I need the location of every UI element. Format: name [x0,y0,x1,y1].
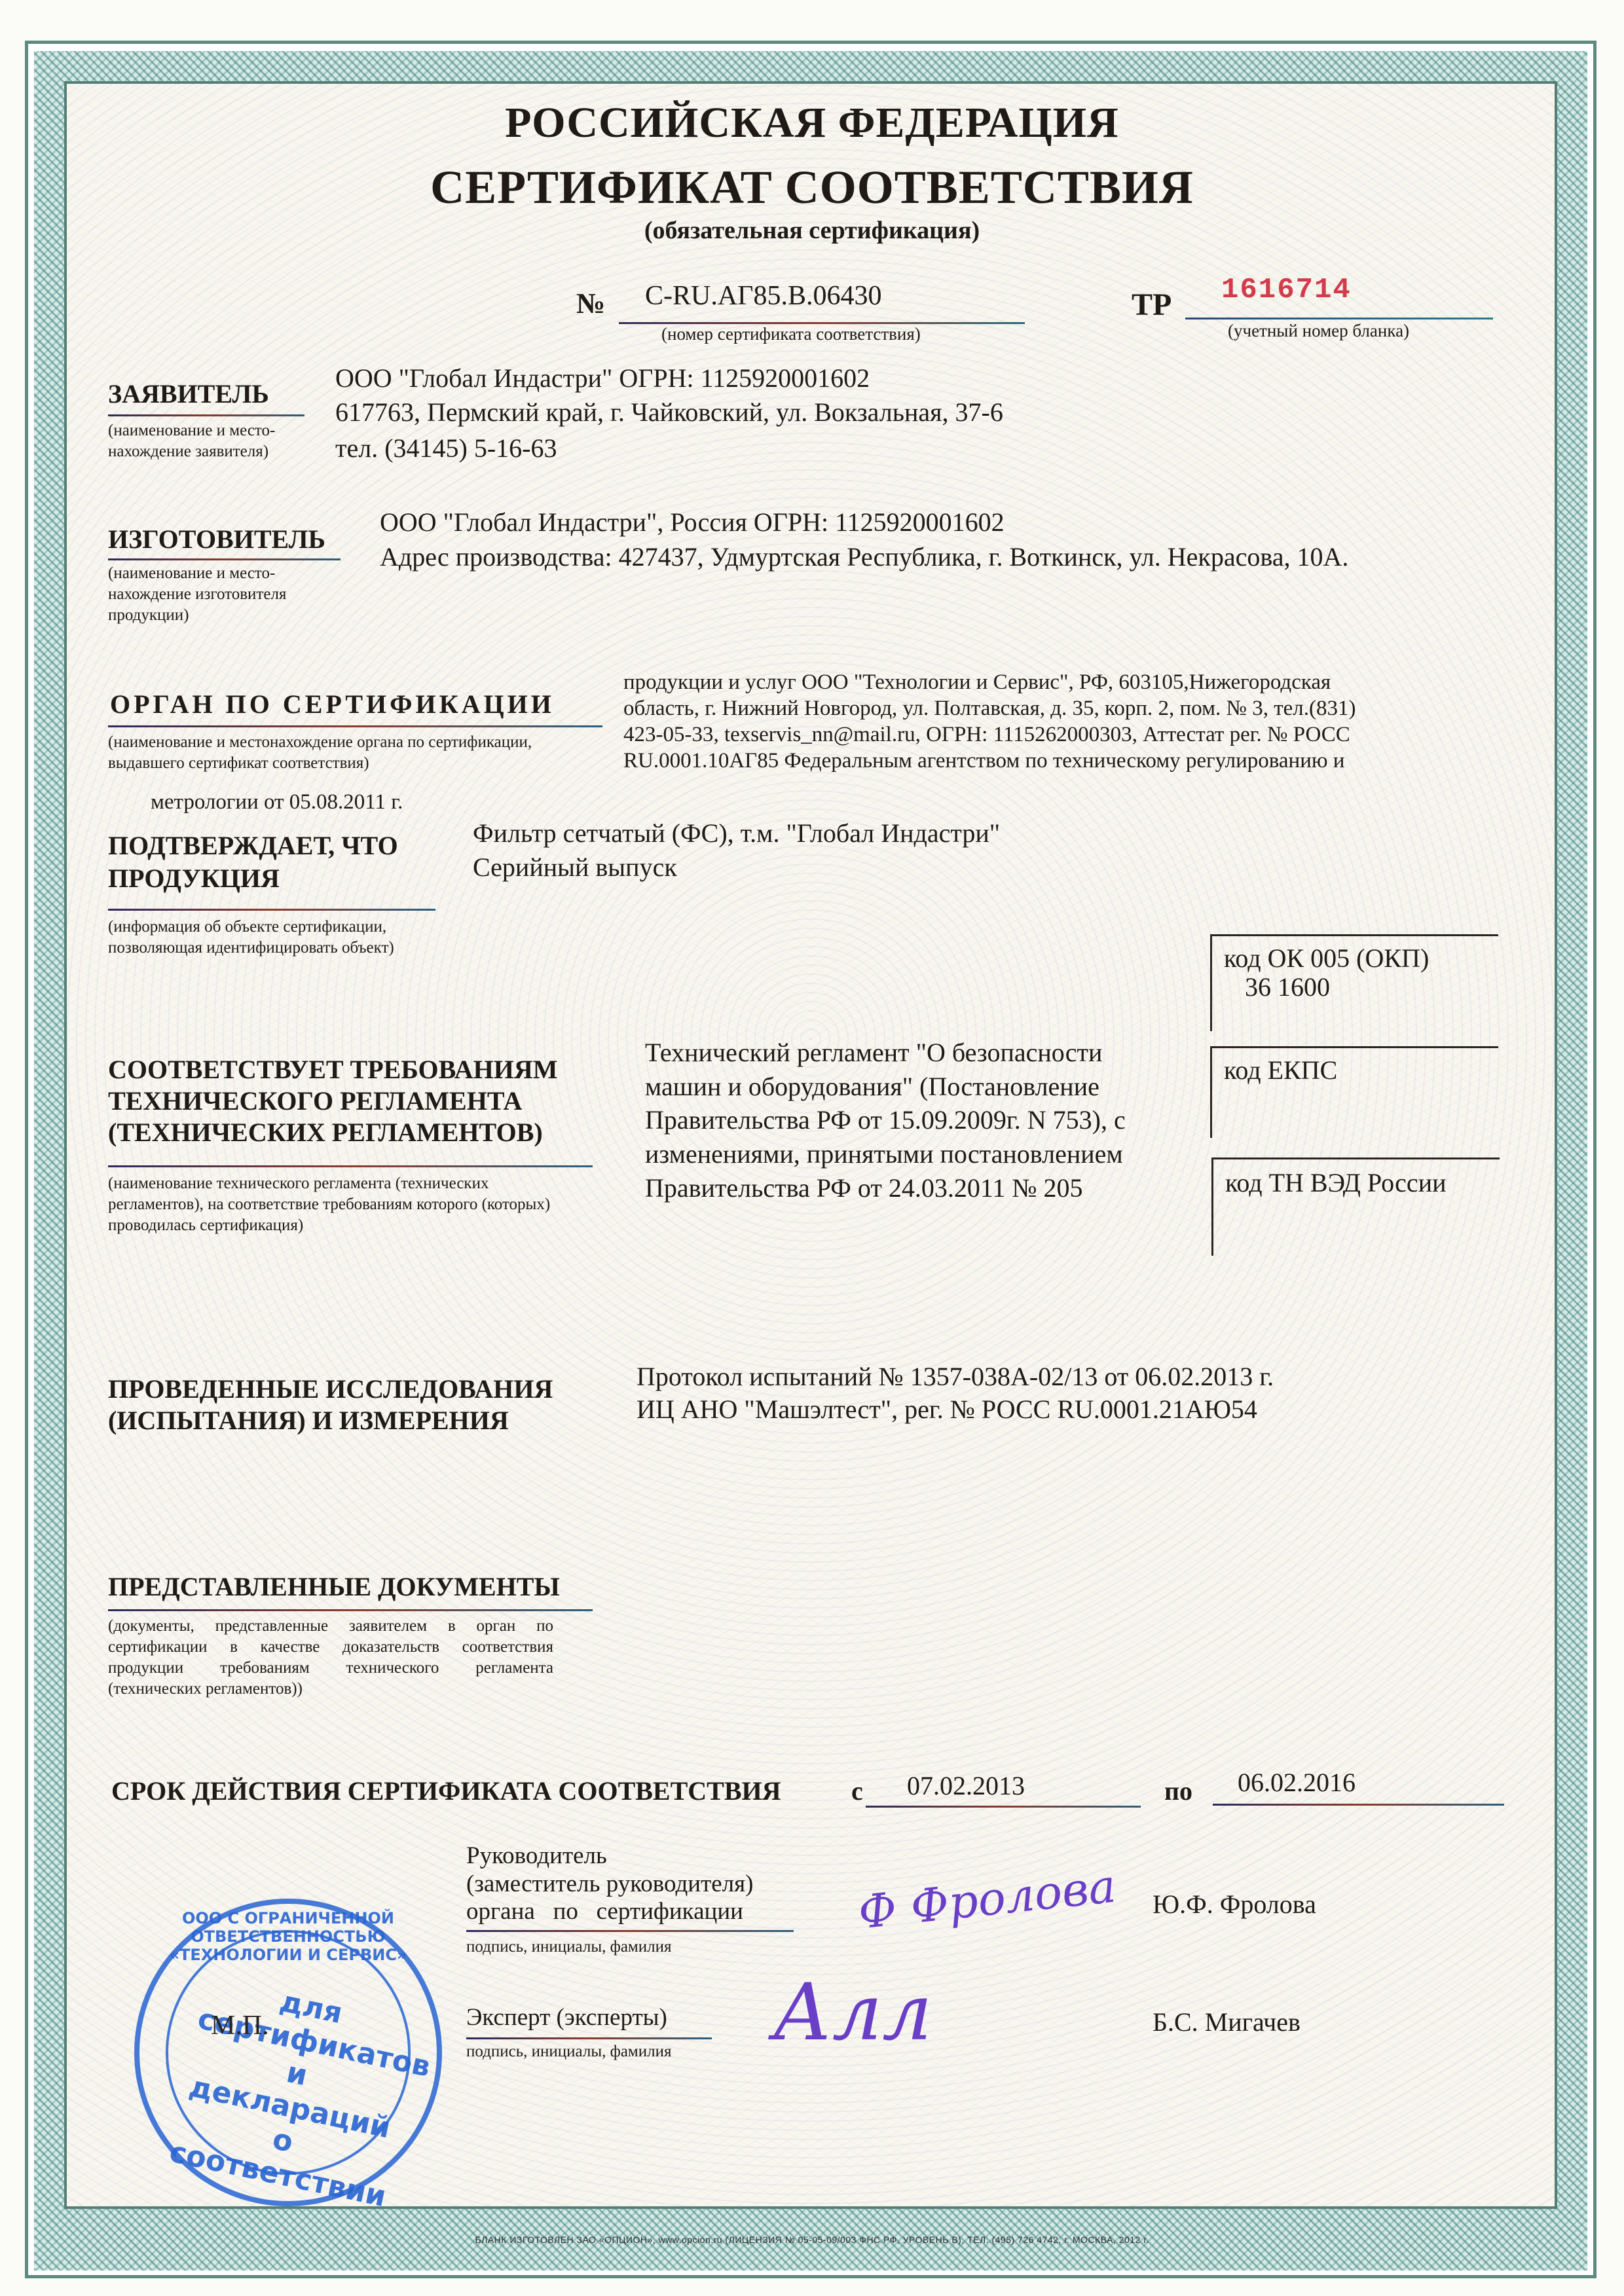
expert-name: Б.С. Мигачев [1153,2007,1301,2037]
regulation-heading-1: СООТВЕТСТВУЕТ ТРЕБОВАНИЯМ [108,1054,558,1085]
product-heading-2: ПРОДУКЦИЯ [108,863,280,894]
validity-label: СРОК ДЕЙСТВИЯ СЕРТИФИКАТА СООТВЕТСТВИЯ [111,1776,781,1807]
head-label-2: (заместитель руководителя) [466,1871,753,1897]
product-line-1: Фильтр сетчатый (ФС), т.м. "Глобал Индас… [473,818,1000,848]
certification-body-note: (наименование и местонахождение органа п… [108,732,612,774]
regulation-heading-2: ТЕХНИЧЕСКОГО РЕГЛАМЕНТА [108,1085,522,1117]
manufacturer-line-1: ООО "Глобал Индастри", Россия ОГРН: 1125… [380,507,1005,538]
certification-body-stamp: ООО С ОГРАНИЧЕННОЙ ОТВЕТСТВЕННОСТЬЮ «ТЕХ… [134,1899,442,2206]
manufacturer-line-2: Адрес производства: 427437, Удмуртская Р… [380,542,1348,572]
expert-signature-caption: подпись, инициалы, фамилия [466,2043,671,2061]
product-heading-1: ПОДТВЕРЖДАЕТ, ЧТО [108,830,398,862]
tests-heading-1: ПРОВЕДЕННЫЕ ИССЛЕДОВАНИЯ [108,1374,553,1405]
certification-body-line-4: RU.0001.10АГ85 Федеральным агентством по… [623,748,1344,774]
validity-from-underline [866,1806,1141,1808]
tnved-code-box: код ТН ВЭД России [1211,1157,1500,1256]
validity-from-label: с [851,1776,863,1807]
tp-label: ТР [1132,287,1172,323]
regulation-heading-3: (ТЕХНИЧЕСКИХ РЕГЛАМЕНТОВ) [108,1117,543,1148]
regulation-note: (наименование технического регламента (т… [108,1173,580,1236]
expert-label: Эксперт (эксперты) [466,2005,667,2031]
certificate-number-caption: (номер сертификата соответствия) [661,324,921,344]
product-line-2: Серийный выпуск [473,852,677,883]
regulation-line-5: Правительства РФ от 24.03.2011 № 205 [645,1173,1083,1203]
mp-mark: М.П. [211,2010,269,2041]
tests-line-1: Протокол испытаний № 1357-038А-02/13 от … [637,1362,1274,1392]
tests-line-2: ИЦ АНО "Машэлтест", рег. № РОСС RU.0001.… [637,1394,1257,1425]
okp-code-label: код ОК 005 (ОКП) [1224,943,1429,974]
regulation-line-2: машин и оборудования" (Постановление [645,1072,1099,1102]
blank-manufacturer-footer: БЛАНК ИЗГОТОВЛЕН ЗАО «ОПЦИОН», www.opcio… [426,2234,1198,2245]
certification-body-rule [108,725,602,727]
regulation-line-1: Технический регламент "О безопасности [645,1038,1102,1068]
expert-signature: Алл [773,1967,932,2058]
tests-heading-2: (ИСПЫТАНИЯ) И ИЗМЕРЕНИЯ [108,1405,509,1436]
ekps-code-label: код ЕКПС [1224,1055,1337,1085]
applicant-rule [108,414,304,416]
number-sign: № [576,287,605,320]
head-signature-rule [466,1930,794,1932]
applicant-line-3: тел. (34145) 5-16-63 [335,433,557,464]
product-rule [108,909,435,911]
applicant-line-2: 617763, Пермский край, г. Чайковский, ул… [335,397,1003,428]
head-label-3: органа по сертификации [466,1899,743,1925]
okp-code-box: код ОК 005 (ОКП) 36 1600 [1210,934,1498,1031]
validity-to-label: по [1164,1776,1192,1807]
blank-number: 1616714 [1221,274,1352,306]
expert-signature-rule [466,2037,712,2039]
documents-rule [108,1609,593,1611]
country-title: РОССИЙСКАЯ ФЕДЕРАЦИЯ [0,98,1624,148]
product-note: (информация об объекте сертификации, поз… [108,917,449,958]
certification-body-line-3: 423-05-33, texservis_nn@mail.ru, ОГРН: 1… [623,721,1350,748]
documents-heading: ПРЕДСТАВЛЕННЫЕ ДОКУМЕНТЫ [108,1571,560,1603]
validity-to-underline [1213,1804,1504,1806]
regulation-rule [108,1165,593,1167]
manufacturer-rule [108,558,341,560]
documents-note: (документы, представленные заявителем в … [108,1616,553,1700]
ekps-code-box: код ЕКПС [1210,1046,1498,1138]
applicant-heading: ЗАЯВИТЕЛЬ [108,378,269,410]
manufacturer-heading: ИЗГОТОВИТЕЛЬ [108,524,325,555]
okp-code-value: 36 1600 [1245,972,1330,1002]
blank-number-underline [1185,318,1493,319]
regulation-line-3: Правительства РФ от 15.09.2009г. N 753),… [645,1105,1126,1135]
blank-number-caption: (учетный номер бланка) [1228,321,1409,341]
applicant-note: (наименование и место-нахождение заявите… [108,420,311,462]
certification-body-continuation: метрологии от 05.08.2011 г. [151,789,403,815]
head-name: Ю.Ф. Фролова [1153,1889,1316,1920]
document-subtitle: (обязательная сертификация) [0,216,1624,245]
head-signature-caption: подпись, инициалы, фамилия [466,1938,671,1956]
validity-from-date: 07.02.2013 [907,1771,1025,1801]
head-label-1: Руководитель [466,1843,607,1869]
applicant-line-1: ООО "Глобал Индастри" ОГРН: 112592000160… [335,363,870,393]
certification-body-heading: ОРГАН ПО СЕРТИФИКАЦИИ [110,689,555,720]
validity-to-date: 06.02.2016 [1238,1768,1356,1798]
stamp-center-text: для сертификатов и деклараций о соответс… [166,1969,420,2214]
certification-body-line-2: область, г. Нижний Новгород, ул. Полтавс… [623,695,1356,721]
document-title: СЕРТИФИКАТ СООТВЕТСТВИЯ [0,160,1624,215]
certification-body-line-1: продукции и услуг ООО "Технологии и Серв… [623,669,1331,695]
stamp-ring-text: ООО С ОГРАНИЧЕННОЙ ОТВЕТСТВЕННОСТЬЮ «ТЕХ… [139,1909,437,1964]
certificate-number: C-RU.АГ85.В.06430 [645,280,881,312]
regulation-line-4: изменениями, принятыми постановлением [645,1139,1123,1169]
tnved-code-label: код ТН ВЭД России [1225,1167,1447,1198]
manufacturer-note: (наименование и место-нахождение изготов… [108,563,331,626]
